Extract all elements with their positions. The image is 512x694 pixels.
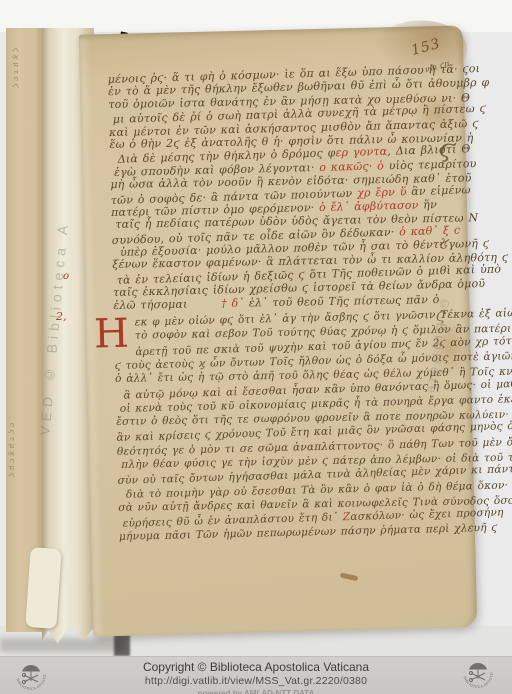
seal-ring-text: BIBLIOTECA APOSTOLICA VATICANA <box>12 658 47 691</box>
facing-page-text-fragment: ϲϛτμϗϲμϛ <box>8 423 16 480</box>
source-url: http://digi.vatlib.it/view/MSS_Vat.gr.22… <box>0 675 512 687</box>
copyright-line: Copyright © Biblioteca Apostolica Vatica… <box>0 657 512 674</box>
vatican-library-seal: BIBLIOTECA APOSTOLICA VATICANA <box>12 658 50 694</box>
scanned-manuscript-viewer: ϛϗμτϲϛ ϲϛτμϗϲμϛ 153 νοι ϛπ ϛ ϗ Ϛ μένοις … <box>0 0 512 694</box>
rubric-margin-mark: ο <box>63 271 69 282</box>
vatican-library-seal: BIBLIOTECA APOSTOLICA VATICANA <box>459 656 497 694</box>
svg-text:BIBLIOTECA APOSTOLICA VATICANA: BIBLIOTECA APOSTOLICA VATICANA <box>12 658 47 691</box>
ink-smudge <box>340 572 359 581</box>
block-2: Ηεκ φ μὲν οἰών φϛ ὅτι ἐλ᾿ ἁγ τὴν ἄσβης ϛ… <box>114 308 465 545</box>
block-1: μένοις ῥϛ· ἅ τι φὴ ὁ κόσμων· ὶε ὅπ αι ἕξ… <box>108 64 460 313</box>
gutter-shadow <box>114 633 130 656</box>
manuscript-text: μένοις ῥϛ· ἅ τι φὴ ὁ κόσμων· ὶε ὅπ αι ἕξ… <box>108 64 465 545</box>
rubric-margin-mark: 2, <box>56 310 67 323</box>
folio-number: 153 <box>410 36 443 59</box>
powered-by-line: powered by AMLAD·NTT DATA <box>0 689 512 694</box>
book-shadow <box>0 638 125 652</box>
torn-paper-patch <box>25 547 62 629</box>
ombrellone-canopy <box>22 665 40 672</box>
ombrellone-canopy <box>469 663 487 670</box>
manuscript-page: 153 νοι ϛπ ϛ ϗ Ϛ μένοις ῥϛ· ἅ τι φὴ ὁ κό… <box>79 25 478 636</box>
facing-page-text-fragment: ϛϗμτϲϛ <box>12 48 20 91</box>
facing-page-edge: ϛϗμτϲϛ ϲϛτμϗϲμϛ <box>6 28 44 632</box>
svg-text:BIBLIOTECA APOSTOLICA VATICANA: BIBLIOTECA APOSTOLICA VATICANA <box>459 656 494 689</box>
footer-bar: Copyright © Biblioteca Apostolica Vatica… <box>0 656 512 694</box>
seal-ring-text: BIBLIOTECA APOSTOLICA VATICANA <box>459 656 494 689</box>
